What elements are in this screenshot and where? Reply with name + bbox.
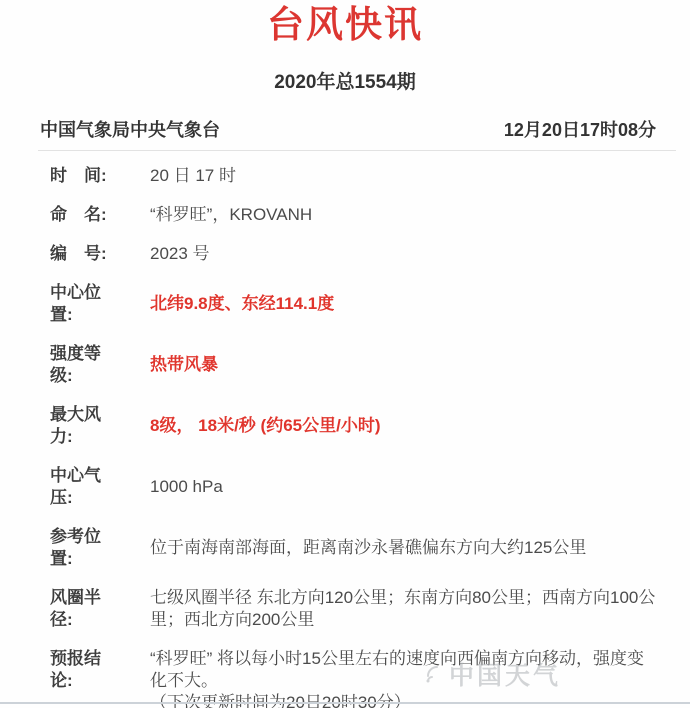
row-label: 命 名: (50, 204, 140, 226)
bottom-border (0, 702, 690, 704)
row-value: 热带风暴 (150, 354, 660, 376)
row-value-text: 8级， 18米/秒 (约65公里/小时) (150, 415, 660, 437)
bulletin-row: 中心位 置:北纬9.8度、东经114.1度 (50, 282, 660, 326)
row-value-text: 1000 hPa (150, 476, 660, 498)
bulletin-row: 中心气 压:1000 hPa (50, 465, 660, 509)
bulletin-row: 预报结 论:“科罗旺” 将以每小时15公里左右的速度向西偏南方向移动，强度变化不… (50, 648, 660, 708)
row-value-text: 20 日 17 时 (150, 165, 660, 187)
row-value: 1000 hPa (150, 476, 660, 498)
row-value: 位于南海南部海面，距离南沙永暑礁偏东方向大约125公里 (150, 537, 660, 559)
bulletin-row: 编 号:2023 号 (50, 243, 660, 265)
bulletin-row: 最大风 力:8级， 18米/秒 (约65公里/小时) (50, 404, 660, 448)
row-value: 20 日 17 时 (150, 165, 660, 187)
bulletin-row: 风圈半 径:七级风圈半径 东北方向120公里；东南方向80公里；西南方向100公… (50, 587, 660, 631)
row-label: 预报结 论: (50, 648, 140, 692)
typhoon-bulletin: 台风快讯 2020年总1554期 中国气象局中央气象台 12月20日17时08分… (0, 0, 690, 708)
issue-datetime: 12月20日17时08分 (504, 119, 656, 141)
row-label: 时 间: (50, 165, 140, 187)
row-value: 8级， 18米/秒 (约65公里/小时) (150, 415, 660, 437)
row-value: 七级风圈半径 东北方向120公里；东南方向80公里；西南方向100公里；西北方向… (150, 587, 660, 631)
row-value-text: 热带风暴 (150, 354, 660, 376)
bulletin-row: 时 间:20 日 17 时 (50, 165, 660, 187)
row-label: 参考位 置: (50, 526, 140, 570)
row-label: 最大风 力: (50, 404, 140, 448)
next-update-note: （下次更新时间为20日20时30分） (150, 692, 660, 708)
agency-name: 中国气象局中央气象台 (40, 119, 220, 141)
page-title: 台风快讯 (0, 4, 690, 46)
bulletin-row: 强度等 级:热带风暴 (50, 343, 660, 387)
row-value-text: 七级风圈半径 东北方向120公里；东南方向80公里；西南方向100公里；西北方向… (150, 587, 660, 631)
bulletin-header: 中国气象局中央气象台 12月20日17时08分 (40, 119, 656, 141)
bulletin-row: 命 名:“科罗旺”，KROVANH (50, 204, 660, 226)
row-value: 2023 号 (150, 243, 660, 265)
row-label: 中心位 置: (50, 282, 140, 326)
row-value-text: 位于南海南部海面，距离南沙永暑礁偏东方向大约125公里 (150, 537, 660, 559)
issue-number: 2020年总1554期 (0, 72, 690, 94)
row-label: 中心气 压: (50, 465, 140, 509)
row-label: 风圈半 径: (50, 587, 140, 631)
row-value-text: 北纬9.8度、东经114.1度 (150, 293, 660, 315)
bulletin-row: 参考位 置:位于南海南部海面，距离南沙永暑礁偏东方向大约125公里 (50, 526, 660, 570)
row-label: 编 号: (50, 243, 140, 265)
row-label: 强度等 级: (50, 343, 140, 387)
header-divider (38, 150, 676, 151)
row-value-text: “科罗旺”，KROVANH (150, 204, 660, 226)
bulletin-rows: 时 间:20 日 17 时命 名:“科罗旺”，KROVANH编 号:2023 号… (50, 165, 660, 708)
row-value: “科罗旺”，KROVANH (150, 204, 660, 226)
row-value-text: 2023 号 (150, 243, 660, 265)
row-value: 北纬9.8度、东经114.1度 (150, 293, 660, 315)
row-value-text: “科罗旺” 将以每小时15公里左右的速度向西偏南方向移动，强度变化不大。 (150, 648, 660, 692)
row-value: “科罗旺” 将以每小时15公里左右的速度向西偏南方向移动，强度变化不大。（下次更… (150, 648, 660, 708)
